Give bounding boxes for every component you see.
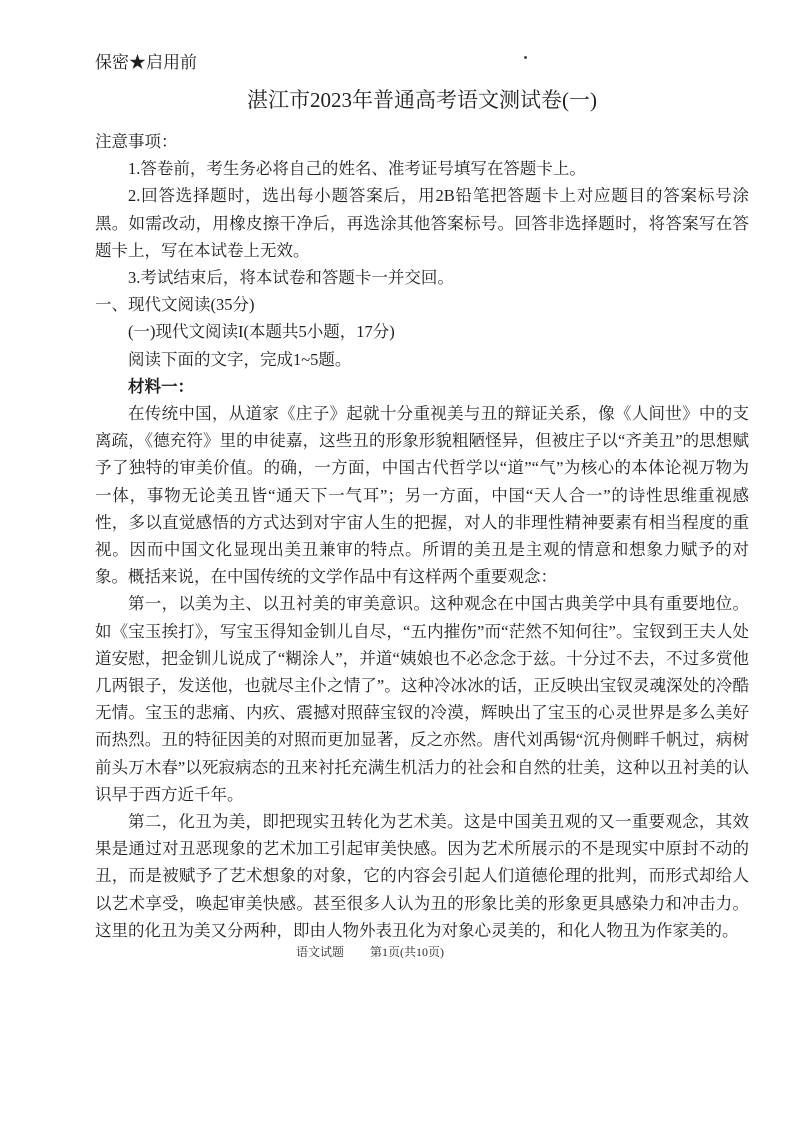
footer-doc-title: 语文试题 [296,945,344,959]
reading-instruction: 阅读下面的文字，完成1~5题。 [95,346,749,373]
scan-speck-artifact [524,56,527,59]
page-footer: 语文试题第1页(共10页) [0,944,740,960]
material-paragraph-3: 第二，化丑为美，即把现实丑转化为艺术美。这是中国美丑观的又一重要观念，其效果是通… [95,808,749,944]
material-paragraph-2: 第一，以美为主、以丑衬美的审美意识。这种观念在中国古典美学中具有重要地位。如《宝… [95,590,749,808]
notice-heading: 注意事项： [95,128,749,155]
notice-item-1: 1.答卷前，考生务必将自己的姓名、准考证号填写在答题卡上。 [95,155,749,182]
classified-label: 保密★启用前 [95,52,749,74]
notice-item-3: 3.考试结束后，将本试卷和答题卡一并交回。 [95,264,749,291]
exam-paper-page: 保密★启用前 湛江市2023年普通高考语文测试卷(一) 注意事项： 1.答卷前，… [0,0,793,1122]
section-heading-modern-reading: 一、现代文阅读(35分) [95,291,749,318]
material-one-label: 材料一： [95,373,749,400]
page-content: 保密★启用前 湛江市2023年普通高考语文测试卷(一) 注意事项： 1.答卷前，… [0,0,793,944]
subsection-heading: (一)现代文阅读I(本题共5小题，17分) [95,318,749,345]
footer-page-number: 第1页(共10页) [370,945,444,959]
notice-item-2: 2.回答选择题时，选出每小题答案后，用2B铅笔把答题卡上对应题目的答案标号涂黑。… [95,182,749,264]
exam-title: 湛江市2023年普通高考语文测试卷(一) [95,87,749,113]
material-paragraph-1: 在传统中国，从道家《庄子》起就十分重视美与丑的辩证关系，像《人间世》中的支离疏，… [95,400,749,590]
